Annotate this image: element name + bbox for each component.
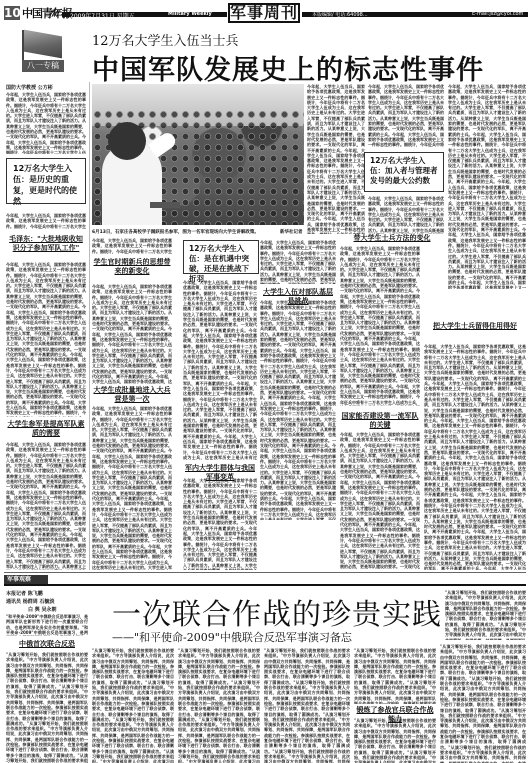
lead-body-col1d: 今年起，大学生入伍当兵，国家给予各项优惠政策，这是我军发展史上又一件标志性的事件… <box>6 442 86 570</box>
byline-line-3: 白 舆 吴永朝 <box>28 606 56 613</box>
subhead-7: 带大学生士兵方法的变化 <box>340 234 444 243</box>
lead-body-col4a: 今年起，大学生入伍当兵，国家给予各项优惠政策，这是我军发展史上又一件标志性的事件… <box>307 84 365 234</box>
flag-icon <box>24 30 62 59</box>
lead-byline: 国防大学教授 公方彬 <box>6 84 53 91</box>
lead-body-col2c: 今年起，大学生入伍当兵，国家给予各项优惠政策，这是我军发展史上又一件标志性的事件… <box>92 406 172 570</box>
second-lead-text: "和平使命-2009"中俄联合反恐军事演习，是两国军队在新形势下进行的一次重要联… <box>6 614 88 636</box>
flag-badge-label: 八一专稿 <box>22 60 64 72</box>
second-subhead: ——"和平使命-2009"中俄联合反恐军事演习备忘 <box>112 629 352 645</box>
pull-quote-1: 12万名大学生入伍：是历史的重复，更是时代的使然 <box>6 158 86 204</box>
second-body-col1: "从演习筹划开始，我们就按照联合作战的要求来组织。"中方导演部负责人介绍说，此次… <box>6 652 88 763</box>
second-body-col2: "从演习筹划开始，我们就按照联合作战的要求来组织。"中方导演部负责人介绍说，此次… <box>92 648 174 763</box>
lead-body-col5c: 今年起，大学生入伍当兵，国家给予各项优惠政策，这是我军发展史上又一件标志性的事件… <box>340 246 420 406</box>
second-body-col3: "从演习筹划开始，我们就按照联合作战的要求来组织。"中方导演部负责人介绍说，此次… <box>178 648 260 763</box>
contact-email: E-mail:jsz@cyol.com <box>472 11 523 17</box>
lead-body-col5a: 今年起，大学生入伍当兵，国家给予各项优惠政策，这是我军发展史上又一件标志性的事件… <box>368 84 444 148</box>
lead-headline: 中国军队发展史上的标志性事件 <box>92 48 484 87</box>
pull-quote-2: 12万名大学生入伍：是在机遇中突破，还是在挑战下折羽 <box>183 240 259 274</box>
second-headline: 一次联合作战的珍贵实践 <box>112 592 442 633</box>
subhead-4: 大学生成批量地进入大兵营是第一次 <box>92 386 172 404</box>
lead-body-col6b: 今年起，大学生入伍当兵，国家给予各项优惠政策，这是我军发展史上又一件标志性的事件… <box>424 344 526 570</box>
second-body-col6: "从演习筹划开始，我们就按照联合作战的要求来组织。"中方导演部负责人介绍说，此次… <box>440 644 526 763</box>
lead-body-col4c: 今年起，大学生入伍当兵，国家给予各项优惠政策，这是我军发展史上又一件标志性的事件… <box>260 300 336 520</box>
second-body-right-top: "从演习筹划开始，我们就按照联合作战的要求来组织。"中方导演部负责人介绍说，此次… <box>445 590 526 640</box>
issue-date: 2009年7月31日 星期五 <box>70 11 135 20</box>
lead-body-col3b: 今年起，大学生入伍当兵，国家给予各项优惠政策，这是我军发展史上又一件标志性的事件… <box>183 478 257 570</box>
lead-body-col1c: 今年起，大学生入伍当兵，国家给予各项优惠政策，这是我军发展史上又一件标志性的事件… <box>6 262 86 417</box>
section-divider-top <box>4 572 526 573</box>
page-number: 10 <box>4 6 20 20</box>
lead-body-col2a: 今年起，大学生入伍当兵，国家给予各项优惠政策，这是我军发展史上又一件标志性的事件… <box>92 238 172 254</box>
second-body-col5a: "从演习筹划开始，我们就按照联合作战的要求来组织。"中方导演部负责人介绍说，此次… <box>354 648 436 704</box>
photo-caption: 6月13日，石家庄各高校学子踊跃报名参军，图为一名军官现场向大学生讲解政策。 <box>92 229 304 235</box>
photo-epaulette <box>150 202 180 208</box>
lead-body-col1a: 今年起，大学生入伍当兵，国家给予各项优惠政策，这是我军发展史上又一件标志性的事件… <box>6 92 86 154</box>
lead-body-col6a: 今年起，大学生入伍当兵，国家给予各项优惠政策，这是我军发展史上又一件标志性的事件… <box>448 84 526 289</box>
lead-body-col1b: 今年起，大学生入伍当兵，国家给予各项优惠政策，这是我军发展史上又一件标志性的事件… <box>6 213 86 229</box>
editor-line: 本版编辑/ 电话:64098... <box>312 11 368 18</box>
section-title: 军事周刊 <box>228 3 300 23</box>
photo-credit: 新华社记者 <box>280 229 303 235</box>
second-body-col4: "从演习筹划开始，我们就按照联合作战的要求来组织。"中方导演部负责人介绍说，此次… <box>264 648 350 763</box>
lead-kicker: 12万名大学生入伍当士兵 <box>92 30 239 49</box>
subhead-2: 大学生参军是提高军队素质的需要 <box>6 420 86 438</box>
lead-body-col5b: 今年起，大学生入伍当兵，国家给予各项优惠政策，这是我军发展史上又一件标志性的事件… <box>368 196 444 234</box>
lead-body-col5d: 今年起，大学生入伍当兵，国家给予各项优惠政策，这是我军发展史上又一件标志性的事件… <box>340 432 420 570</box>
subhead-9: 把大学生士兵留得住用得好 <box>424 322 526 331</box>
subhead-3: 学生官时期新兵的思想带来的新变化 <box>92 258 172 276</box>
header-slashes: //// <box>50 9 59 19</box>
column-rule <box>89 82 90 570</box>
subhead-1: 毛泽东："大批地吸收知识分子参加军队工作" <box>6 235 86 253</box>
photo-officer-head <box>108 122 146 160</box>
section-divider <box>4 584 526 586</box>
byline-line-1: 本报记者 陈飞鹏 <box>6 590 43 597</box>
lead-body-col3a: 今年起，大学生入伍当兵，国家给予各项优惠政策，这是我军发展史上又一件标志性的事件… <box>183 280 257 460</box>
second-subhead-1: 中俄首次联合反恐 <box>6 640 88 649</box>
lead-photo <box>92 84 304 225</box>
pull-quote-3: 12万名大学生入伍：加入者与管理者发号的最大公约数 <box>364 152 444 192</box>
byline-line-2: 通讯员 杨群周 石毓淡 <box>6 598 54 605</box>
lead-body-col4b: 今年起，大学生入伍当兵，国家给予各项优惠政策，这是我军发展史上又一件标志性的事件… <box>260 240 336 284</box>
lead-body-col2b: 今年起，大学生入伍当兵，国家给予各项优惠政策，这是我军发展史上又一件标志性的事件… <box>92 284 172 384</box>
subhead-8: 国家能否建设第一流军队的关键 <box>340 412 420 430</box>
second-body-col5b: "从演习筹划开始，我们就按照联合作战的要求来组织。"中方导演部负责人介绍说，此次… <box>354 718 436 763</box>
section-english: Military Weekly <box>168 11 212 17</box>
